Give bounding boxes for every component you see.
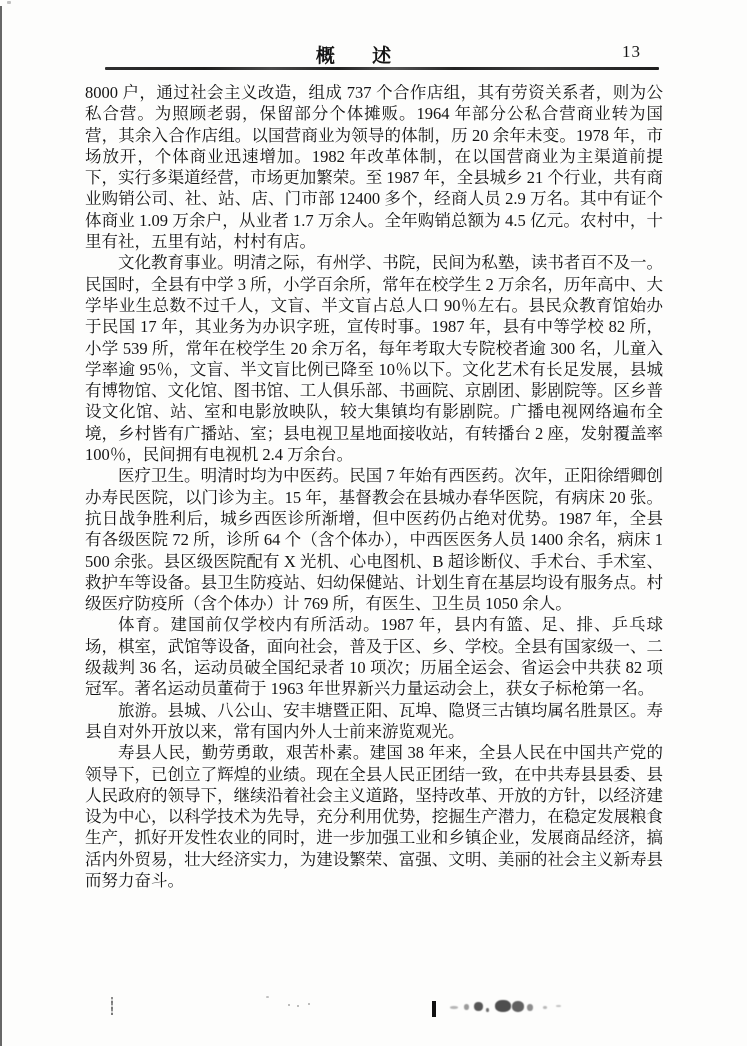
scan-artifact-smudge [448, 999, 578, 1015]
paragraph-medical-health: 医疗卫生。明清时均为中医药。民国 7 年始有西医药。次年，正阳徐缙卿创办寿民医院… [85, 465, 663, 614]
document-page: 概 述 13 8000 户，通过社会主义改造，组成 737 个合作店组，其有劳资… [0, 0, 747, 1046]
scan-artifact-speck [266, 996, 269, 998]
paragraph-closing: 寿县人民，勤劳勇敢，艰苦朴素。建国 38 年来，全县人民在中国共产党的领导下，已… [85, 742, 663, 891]
paragraph-tourism: 旅游。县城、八公山、安丰塘暨正阳、瓦埠、隐贤三古镇均属名胜景区。寿县自对外开放以… [85, 700, 663, 743]
body-text: 8000 户，通过社会主义改造，组成 737 个合作店组，其有劳资关系者，则为公… [85, 82, 663, 891]
header-divider-rule [105, 67, 659, 70]
scan-artifact-tick [111, 997, 113, 1015]
paragraph-culture-education: 文化教育事业。明清之际，有州学、书院，民间为私塾，读书者百不及一。民国时，全县有… [85, 252, 663, 465]
page-number: 13 [622, 42, 641, 62]
scan-edge-line [0, 6, 2, 1046]
scan-artifact-bar [432, 1001, 436, 1017]
paragraph-commerce-continued: 8000 户，通过社会主义改造，组成 737 个合作店组，其有劳资关系者，则为公… [85, 82, 663, 252]
scan-speck [7, 1, 11, 4]
scan-artifact-dots [288, 1002, 318, 1008]
paragraph-sports: 体育。建国前仅学校内有所活动。1987 年，县内有篮、足、排、乒乓球场，棋室，武… [85, 614, 663, 699]
page-header-title: 概 述 [0, 41, 707, 68]
